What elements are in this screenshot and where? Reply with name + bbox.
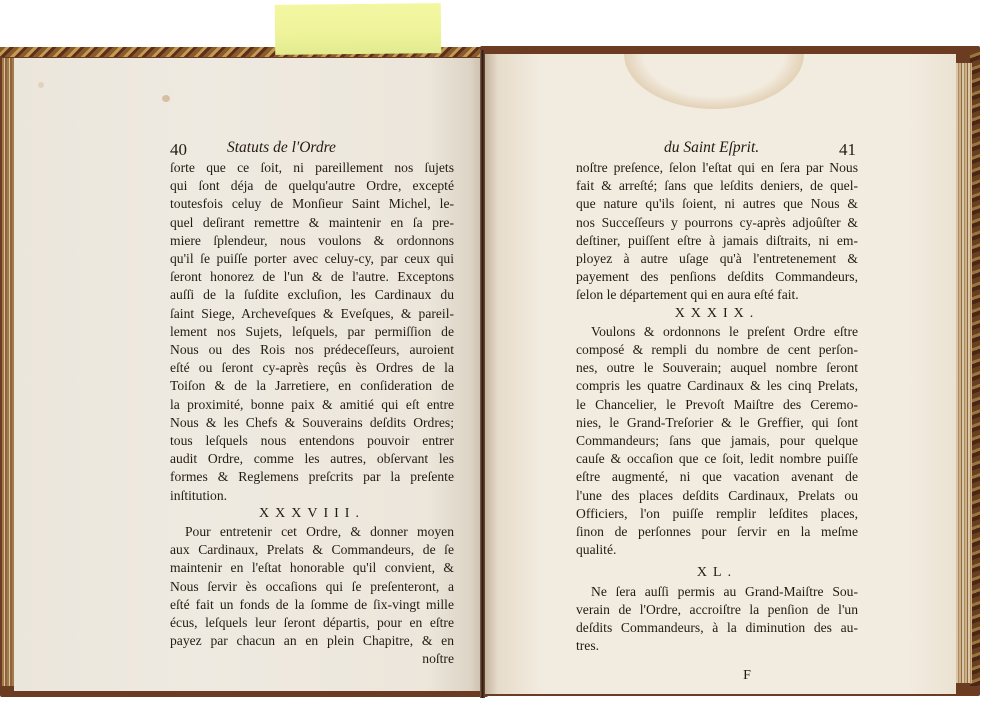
text-line: que nature qu'ils ſoient, ni autres que …: [576, 195, 858, 213]
text-line: Commandeurs; ſans que jamais, pour quelq…: [576, 432, 858, 450]
running-head: 40 Statuts de l'Ordre: [170, 137, 454, 159]
text-line: écus, leſquels leur ſeront départis, pou…: [170, 614, 454, 632]
text-line: lement nos Sujets, leſquels, par permiſſ…: [170, 323, 454, 341]
right-page-text: du Saint Eſprit. 41 noſtre preſence, ſel…: [576, 137, 858, 686]
text-line: cauſe & occaſion que ce ſoit, ledit nomb…: [576, 450, 858, 468]
catchword: noſtre: [170, 650, 454, 668]
water-stain: [624, 54, 804, 109]
gutter: [480, 50, 485, 698]
text-line: payez par chacun an en plein Chapitre, &…: [170, 632, 454, 650]
text-line: verain de l'Ordre, accroiſtre la penſion…: [576, 601, 858, 619]
text-line: Voulons & ordonnons le preſent Ordre eſt…: [576, 323, 858, 341]
text-line: fait & arreſté; ſans que leſdits deniers…: [576, 177, 858, 195]
text-line: Nous & les Chefs & Souverains deſdits Or…: [170, 414, 454, 432]
text-line: Officiers, l'on puiſſe remplir leſdites …: [576, 505, 858, 523]
text-line: nos Succeſſeurs y pourrons cy-après adjo…: [576, 214, 858, 232]
text-line: deſdits Commandeurs, à la diminution des…: [576, 619, 858, 637]
foxing-spot: [38, 82, 44, 88]
text-line: ſorte que ce ſoit, ni pareillement nos ſ…: [170, 159, 454, 177]
text-line: ſelon le département qui en aura eſté fa…: [576, 286, 858, 304]
text-line: formes & Reglemens preſcrits par la preſ…: [170, 468, 454, 486]
section-heading: XXXVIII.: [170, 505, 454, 523]
section-heading: XXXIX.: [576, 305, 858, 323]
text-line: qu'il ſe puiſſe porter avec celuy-cy, pa…: [170, 250, 454, 268]
text-line: inſtitution.: [170, 487, 454, 505]
text-line: audit Ordre, comme les autres, obſervant…: [170, 450, 454, 468]
text-line: la proximité, bonne paix & amitié qui eſ…: [170, 396, 454, 414]
text-line: Pour entretenir cet Ordre, & donner moye…: [170, 523, 454, 541]
text-line: l'une des places deſdits Cardinaux, Prel…: [576, 487, 858, 505]
text-line: maintenir en l'eſtat honorable qu'il con…: [170, 559, 454, 577]
running-head-title: du Saint Eſprit.: [664, 137, 759, 159]
foxing-spot: [162, 95, 170, 102]
sticky-note: [275, 3, 442, 55]
running-head-title: Statuts de l'Ordre: [227, 137, 336, 159]
text-line: Nous ſervir ès occaſions qui ſe preſente…: [170, 578, 454, 596]
page-stack-right: [956, 63, 972, 683]
text-line: noſtre preſence, ſelon l'eſtat qui en ſe…: [576, 159, 858, 177]
text-line: Ne ſera auſſi permis au Grand-Maiſtre So…: [576, 583, 858, 601]
page-number: 41: [839, 139, 856, 161]
text-line: composé & rempli du nombre de cent perſo…: [576, 341, 858, 359]
page-number: 40: [170, 139, 187, 161]
text-line: aux Cardinaux, Prelats & Commandeurs, de…: [170, 541, 454, 559]
text-line: toutesfois celuy de Monſieur Saint Miche…: [170, 195, 454, 213]
left-page-text: 40 Statuts de l'Ordre ſorte que ce ſoit,…: [170, 137, 454, 669]
text-line: tres.: [576, 637, 858, 655]
running-head: du Saint Eſprit. 41: [576, 137, 858, 159]
text-line: deſtiner, puiſſent eſtre à jamais diſtra…: [576, 232, 858, 250]
text-line: ſeront honorez de l'un & de l'autre. Exc…: [170, 268, 454, 286]
text-line: Nous ou des Rois nos prédeceſſeurs, auro…: [170, 341, 454, 359]
text-line: ployez à autre uſage qu'à l'entretenemen…: [576, 250, 858, 268]
text-line: miere ſplendeur, nous voulons & ordonnon…: [170, 232, 454, 250]
text-line: ſinon de perſonnes pour ſervir en la meſ…: [576, 523, 858, 541]
text-line: quel deſirant remettre & maintenir en ſa…: [170, 214, 454, 232]
text-line: tous leſquels nous entendons pouvoir ent…: [170, 432, 454, 450]
text-line: nies, le Grand-Treſorier & le Greffier, …: [576, 414, 858, 432]
text-line: eſtre augmenté, ni que vacation avenant …: [576, 468, 858, 486]
text-line: eſté ou ſeront cy-après reçûs ès Ordres …: [170, 359, 454, 377]
text-line: le Chancelier, le Prevoſt Maiſtre des Ce…: [576, 396, 858, 414]
text-line: qui ſont déja de quelqu'autre Ordre, exc…: [170, 177, 454, 195]
text-line: qualité.: [576, 541, 858, 559]
text-line: payement des penſions deſdits Commandeur…: [576, 268, 858, 286]
text-line: Toiſon & de la Jarretiere, en conſiderat…: [170, 377, 454, 395]
text-line: auſſi de la ſuſdite excluſion, les Cardi…: [170, 286, 454, 304]
text-line: ſaint Siege, Archeveſques & Eveſques, & …: [170, 305, 454, 323]
text-line: nes, outre le Souverain; auquel nombre ſ…: [576, 359, 858, 377]
signature-mark: F: [576, 667, 858, 685]
section-heading: XL.: [576, 564, 858, 582]
text-line: eſté fait un fonds de la ſomme de ſix-vi…: [170, 596, 454, 614]
text-line: compris les quatre Cardinaux & les cinq …: [576, 377, 858, 395]
